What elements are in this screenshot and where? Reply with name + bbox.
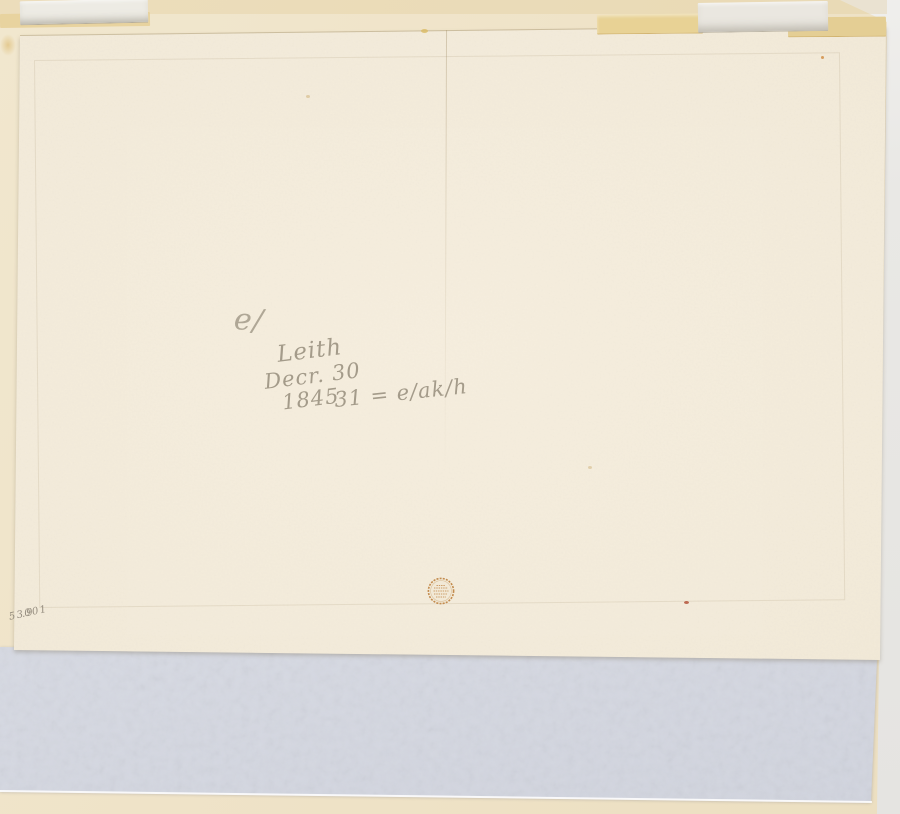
collection-stamp-icon <box>426 576 456 606</box>
photograph-canvas: e/ Leith Decr. 30 1845 31 = e/ak/h 53001… <box>0 0 900 814</box>
tape-piece-top-left <box>20 0 148 25</box>
stain-left-edge <box>0 34 16 56</box>
stain-speck-orange <box>821 56 824 59</box>
stain-speck-red <box>684 601 689 604</box>
tape-piece-top-center <box>597 14 703 35</box>
inscription-mark: e/ <box>233 302 265 339</box>
stain-speck-tan-2 <box>588 466 592 469</box>
stain-speck-tan-1 <box>306 95 310 98</box>
plate-mark-indentation <box>34 52 845 608</box>
stain-speck-yellow <box>421 29 428 33</box>
tape-piece-top-right <box>698 1 828 33</box>
